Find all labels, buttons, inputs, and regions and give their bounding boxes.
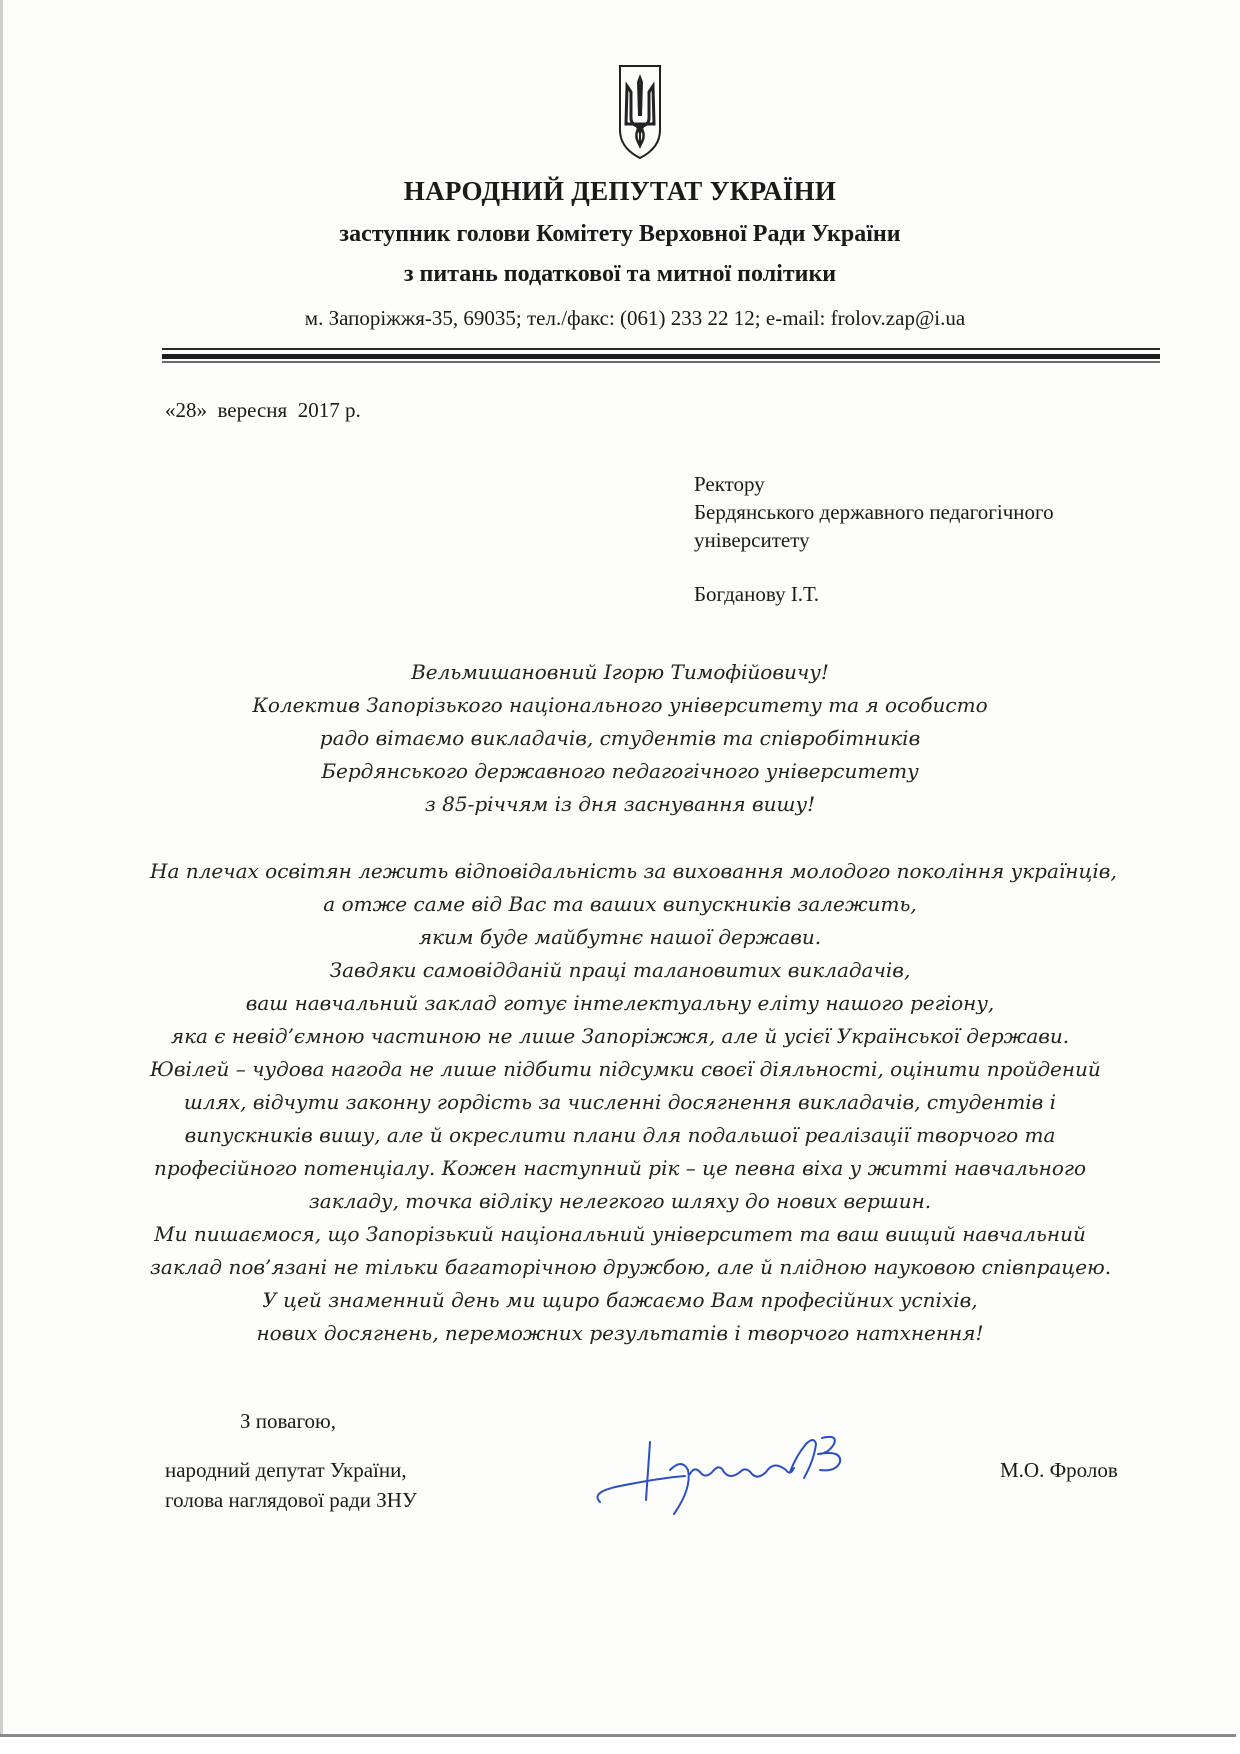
signatory-position-line2: голова наглядової ради ЗНУ [165,1488,417,1513]
addressee-line2: Бердянського державного педагогічного [694,498,1054,526]
body-line: Завдяки самовідданій праці талановитих в… [150,954,1090,987]
letterhead-title: НАРОДНИЙ ДЕПУТАТ УКРАЇНИ [0,176,1240,207]
closing-greeting: З повагою, [240,1409,336,1434]
addressee-line3: університету [694,526,1054,554]
header-divider-top [162,348,1160,350]
body-line: яка є невід’ємною частиною не лише Запор… [150,1020,1090,1053]
body-line: У цей знаменний день ми щиро бажаємо Вам… [150,1284,1090,1317]
body-line: нових досягнень, переможних результатів … [150,1317,1090,1350]
body-line: заклад пов’язані не тільки багаторічною … [150,1251,1090,1284]
body-line: шлях, відчути законну гордість за числен… [150,1086,1090,1119]
greeting-paragraph: Вельмишановний Ігорю Тимофійовичу! Колек… [150,656,1090,821]
header-divider-middle [162,354,1160,359]
body-line: Вельмишановний Ігорю Тимофійовичу! [150,656,1090,689]
body-line: професійного потенціалу. Кожен наступний… [150,1152,1090,1185]
body-line: На плечах освітян лежить відповідальніст… [150,855,1090,888]
body-line: закладу, точка відліку нелегкого шляху д… [150,1185,1090,1218]
body-line: Бердянського державного педагогічного ун… [150,755,1090,788]
scan-margin [0,1737,1240,1754]
body-line: випускників вишу, але й окреслити плани … [150,1119,1090,1152]
letterhead-contacts: м. Запоріжжя-35, 69035; тел./факс: (061)… [0,306,1240,331]
main-paragraph: На плечах освітян лежить відповідальніст… [150,855,1090,1350]
coat-of-arms-icon [618,64,662,160]
signature-icon [590,1430,930,1520]
letter-body: Вельмишановний Ігорю Тимофійовичу! Колек… [150,656,1090,1350]
signatory-position-line1: народний депутат України, [165,1458,407,1483]
letterhead-subtitle-line1: заступник голови Комітету Верховної Ради… [0,221,1240,248]
date-month: вересня [218,398,288,422]
body-line: яким буде майбутнє нашої держави. [150,921,1090,954]
letterhead-subtitle-line2: з питань податкової та митної політики [0,261,1240,288]
body-line: ваш навчальний заклад готує інтелектуаль… [150,987,1090,1020]
body-line: з 85-річчям із дня заснування вишу! [150,788,1090,821]
addressee-name: Богданову І.Т. [694,580,1054,608]
date-day: «28» [165,398,207,422]
body-line: Ювілей – чудова нагода не лише підбити п… [150,1053,1090,1086]
body-line: Колектив Запорізького національного унів… [150,689,1090,722]
signatory-name: М.О. Фролов [1000,1458,1118,1483]
addressee-line1: Ректору [694,470,1054,498]
body-line: а отже саме від Вас та ваших випускників… [150,888,1090,921]
header-divider-bottom [162,361,1160,363]
addressee-block: Ректору Бердянського державного педагогі… [694,470,1054,608]
body-line: радо вітаємо викладачів, студентів та сп… [150,722,1090,755]
letter-date: «28» вересня 2017 р. [165,398,361,423]
date-year: 2017 р. [298,398,361,422]
body-line: Ми пишаємося, що Запорізький національни… [150,1218,1090,1251]
